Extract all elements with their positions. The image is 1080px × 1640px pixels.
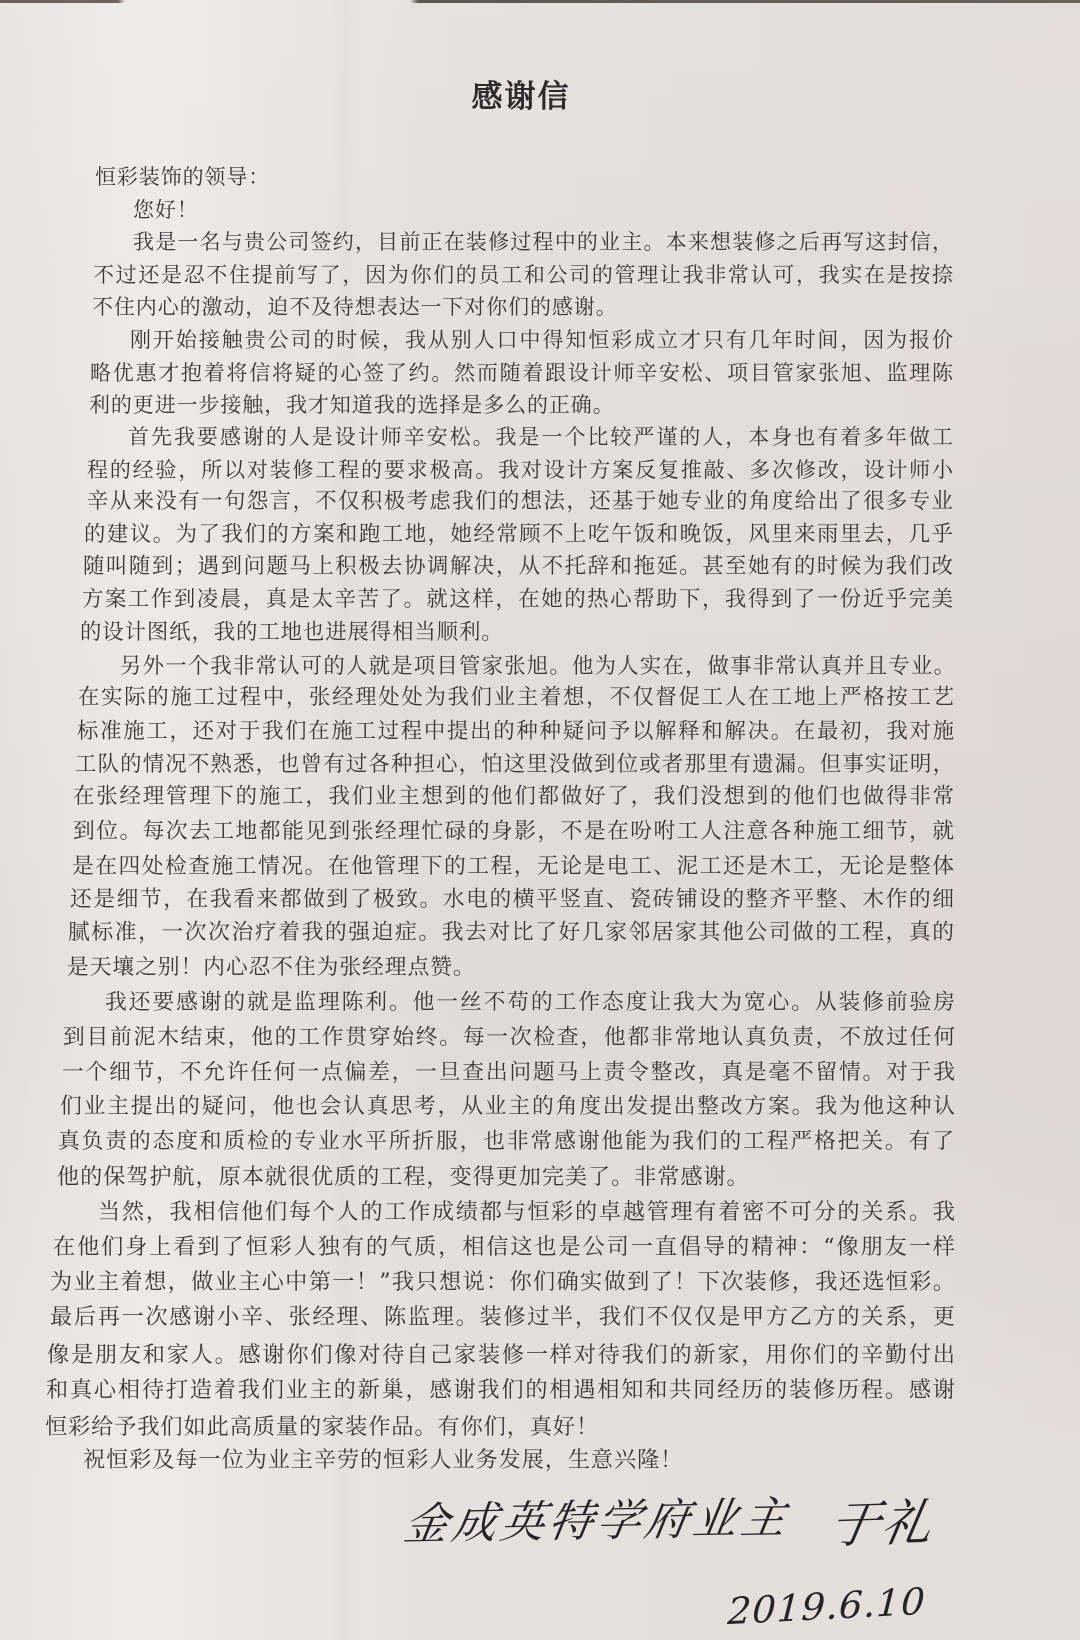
letter-line: 在实际的施工过程中，张经理处处为我们业主着想，不仅督促工人在工地上严格按工艺 (78, 685, 954, 711)
letter-line: 恒彩给予我们如此高质量的家装作品。有你们，真好！ (45, 1414, 599, 1440)
letter-line: 是天壤之别！内心忍不住为张经理点赞。 (67, 955, 476, 981)
letter-line: 们业主提出的疑问，他也会认真思考，从业主的角度出发提出整改方案。我为他这种认 (60, 1094, 955, 1120)
letter-line: 方案工作到凌晨，真是太辛苦了。就这样，在她的热心帮助下，我得到了一份近乎完美 (82, 587, 953, 613)
letter-line: 真负责的态度和质检的专业水平所折服，也非常感谢他能为我们的工程严格把关。有了 (58, 1129, 954, 1155)
letter-line: 最后再一次感谢小辛、张经理、陈监理。装修过半，我们不仅仅是甲方乙方的关系，更 (50, 1304, 955, 1330)
letter-line: 我还要感谢的就是监理陈利。他一丝不苟的工作态度让我大为宽心。从装修前验房 (105, 990, 955, 1016)
closing-wish: 祝恒彩及每一位为业主辛劳的恒彩人业务发展，生意兴隆！ (83, 1447, 683, 1473)
letter-line: 程的经验，所以对装修工程的要求极高。我对设计方案反复推敲、多次修改，设计师小 (87, 457, 953, 483)
letter-line: 到位。每次去工地都能见到张经理忙碌的身影，不是在吩咐工人注意各种施工细节，就 (73, 819, 954, 845)
signature-affiliation: 金成英特学府业主 (400, 1489, 795, 1556)
letter-line: 当然，我相信他们每个人的工作成绩都与恒彩的卓越管理有着密不可分的关系。我 (98, 1199, 955, 1225)
paper-top-edge (0, 0, 1080, 3)
letter-line: 和真心相待打造着我们业主的新巢，感谢我们的相遇相知和共同经历的装修历程。感谢 (46, 1377, 955, 1403)
letter-line: 是在四处检查施工情况。在他管理下的工程，无论是电工、泥工还是木工，无论是整体 (72, 854, 954, 880)
letter-line: 还是细节，在我看来都做到了极致。水电的横平竖直、瓷砖铺设的整齐平整、木作的细 (70, 887, 954, 913)
letter-line: 我是一名与贵公司签约，目前正在装修过程中的业主。本来想装修之后再写这封信， (133, 229, 953, 255)
letter-title: 感谢信 (466, 78, 576, 116)
letter-line: 不过还是忍不住提前写了，因为你们的员工和公司的管理让我非常认可，我实在是按捺 (93, 262, 953, 288)
letter-line: 首先我要感谢的人是设计师辛安松。我是一个比较严谨的人，本身也有着多年做工 (128, 424, 953, 450)
letter-line: 刚开始接触贵公司的时候，我从别人口中得知恒彩成立才只有几年时间，因为报价 (130, 327, 953, 353)
signature-name: 于礼 (824, 1492, 939, 1556)
letter-line: 辛从来没有一句怨言，不仅积极考虑我们的想法，还基于她专业的角度给出了很多专业 (87, 489, 953, 515)
letter-line: 到目前泥木结束，他的工作贯穿始终。每一次检查，他都非常地认真负责，不放过任何 (63, 1025, 955, 1051)
letter-line: 利的更进一步接触，我才知道我的选择是多么的正确。 (89, 392, 615, 418)
letter-line: 不住内心的激动，迫不及待想表达一下对你们的感谢。 (92, 294, 618, 320)
letter-line: 工队的情况不熟悉，也曾有过各种担心，怕这里没做到位或者那里有遗漏。但事实证明， (75, 752, 954, 778)
letter-line: 他的保驾护航，原本就很优质的工程，变得更加完美了。非常感谢。 (57, 1164, 750, 1190)
letter-line: 另外一个我非常认可的人就是项目管家张旭。他为人实在，做事非常认真并且专业。 (120, 654, 955, 680)
letter-line: 在张经理管理下的施工，我们业主想到的他们都做好了，我们没想到的他们也做得非常 (73, 784, 954, 810)
letter-line: 的建议。为了我们的方案和跑工地，她经常顾不上吃午饭和晚饭，风里来雨里去，几乎 (84, 522, 953, 548)
letter-line: 的设计图纸，我的工地也进展得相当顺利。 (80, 620, 504, 646)
signature-date: 2019.6.10 (726, 1579, 927, 1635)
greeting: 您好！ (133, 197, 199, 223)
letter-line: 略优惠才抱着将信将疑的心签了约。然而随着跟设计师辛安松、项目管家张旭、监理陈 (90, 360, 953, 386)
letter-line: 腻标准，一次次治疗着我的强迫症。我去对比了好几家邻居家其他公司做的工程，真的 (68, 920, 954, 946)
letter-line: 在他们身上看到了恒彩人独有的气质，相信这也是公司一直倡导的精神：“像朋友一样 (53, 1234, 955, 1260)
letter-line: 随叫随到；遇到问题马上积极去协调解决，从不托辞和拖延。甚至她有的时候为我们改 (83, 554, 953, 580)
salutation: 恒彩装饰的领导： (95, 164, 270, 190)
letter-line: 一个细节，不允许任何一点偏差，一旦查出问题马上责令整改，真是毫不留情。对于我 (62, 1060, 955, 1086)
letter-photo: 感谢信 恒彩装饰的领导： 您好！ 我是一名与贵公司签约，目前正在装修过程中的业主… (0, 0, 1080, 1640)
letter-line: 像是朋友和家人。感谢你们像对待自己家装修一样对待我们的新家，用你们的辛勤付出 (47, 1342, 955, 1368)
letter-line: 为业主着想，做业主心中第一！”我只想说：你们确实做到了！下次装修，我还选恒彩。 (50, 1269, 955, 1295)
letter-line: 标准施工，还对于我们在施工过程中提出的种种疑问予以解释和解决。在最初，我对施 (77, 719, 954, 745)
